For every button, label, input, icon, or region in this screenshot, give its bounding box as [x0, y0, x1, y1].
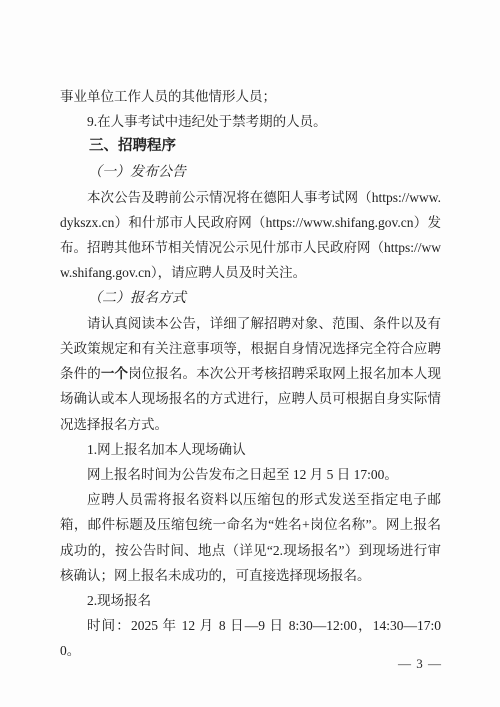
- paragraph: 请认真阅读本公告，详细了解招聘对象、范围、条件以及有关政策规定和有关注意事项等，…: [60, 311, 441, 437]
- sub-heading: （二）报名方式: [60, 286, 441, 311]
- document-page: 事业单位工作人员的其他情形人员；9.在人事考试中违纪处于禁考期的人员。三、招聘程…: [0, 0, 500, 707]
- paragraph: 网上报名时间为公告发布之日起至 12 月 5 日 17:00。: [60, 462, 441, 487]
- paragraph: 本次公告及聘前公示情况将在德阳人事考试网（https://www.dykszx.…: [60, 185, 441, 286]
- document-content: 事业单位工作人员的其他情形人员；9.在人事考试中违纪处于禁考期的人员。三、招聘程…: [60, 84, 441, 664]
- section-heading: 三、招聘程序: [60, 134, 441, 159]
- paragraph: 2.现场报名: [60, 588, 441, 613]
- sub-heading: （一）发布公告: [60, 160, 441, 185]
- paragraph: 1.网上报名加本人现场确认: [60, 437, 441, 462]
- paragraph: 时间：2025 年 12 月 8 日—9 日 8:30—12:00，14:30—…: [60, 613, 441, 663]
- paragraph: 事业单位工作人员的其他情形人员；: [60, 84, 441, 109]
- page-number: — 3 —: [398, 656, 442, 672]
- emphasized-text: 一个: [101, 366, 128, 381]
- paragraph: 9.在人事考试中违纪处于禁考期的人员。: [60, 109, 441, 134]
- paragraph: 应聘人员需将报名资料以压缩包的形式发送至指定电子邮箱，邮件标题及压缩包统一命名为…: [60, 487, 441, 588]
